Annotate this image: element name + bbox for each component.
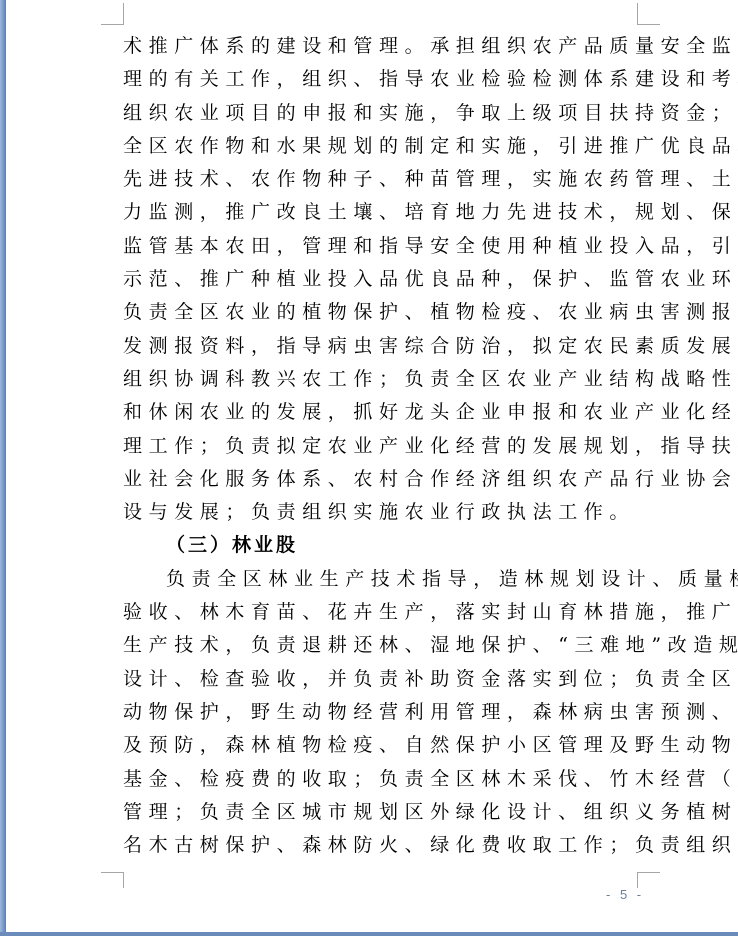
text-line: 理的有关工作，组织、指导农业检验检测体系建设和考核； (123, 63, 639, 96)
text-line: 示范、推广种植业投入品优良品种，保护、监管农业环境； (123, 263, 639, 296)
text-line: 动物保护，野生动物经营利用管理，森林病虫害预测、预报 (123, 696, 639, 729)
text-line: 先进技术、农作物种子、种苗管理，实施农药管理、土壤肥 (123, 163, 639, 196)
text-line: 生产技术，负责退耕还林、湿地保护、“三难地”改造规划 (123, 629, 639, 662)
text-line: 组织农业项目的申报和实施，争取上级项目扶持资金；负责 (123, 97, 639, 130)
text-line: 力监测，推广改良土壤、培育地力先进技术，规划、保护和 (123, 196, 639, 229)
text-line: 术推广体系的建设和管理。承担组织农产品质量安全监督管 (123, 30, 639, 63)
text-line: 负责全区林业生产技术指导，造林规划设计、质量检查 (123, 563, 639, 596)
crop-mark-bottom-left (101, 872, 124, 888)
text-line: 发测报资料，指导病虫害综合防治，拟定农民素质发展计划， (123, 330, 639, 363)
crop-mark-bottom-right (637, 872, 660, 888)
text-line: 管理；负责全区城市规划区外绿化设计、组织义务植树活动、 (123, 796, 639, 829)
text-line: 业社会化服务体系、农村合作经济组织农产品行业协会的建 (123, 463, 639, 496)
text-line: 及预防，森林植物检疫、自然保护小区管理及野生动物保护 (123, 729, 639, 762)
document-body[interactable]: 术推广体系的建设和管理。承担组织农产品质量安全监督管 理的有关工作，组织、指导农… (123, 30, 639, 862)
text-line: 和休闲农业的发展，抓好龙头企业申报和农业产业化经营管 (123, 396, 639, 429)
text-line: 基金、检疫费的收取；负责全区林木采伐、竹木经营（加工） (123, 763, 639, 796)
text-line: 理工作；负责拟定农业产业化经营的发展规划，指导扶持农 (123, 430, 639, 463)
text-line: 名木古树保护、森林防火、绿化费收取工作；负责组织实施 (123, 829, 639, 862)
window-bottom-edge (0, 932, 738, 936)
text-line: 监管基本农田，管理和指导安全使用种植业投入品，引进、 (123, 230, 639, 263)
section-heading: （三）林业股 (123, 529, 639, 562)
text-line: 负责全区农业的植物保护、植物检疫、农业病虫害测报及编 (123, 296, 639, 329)
text-line: 全区农作物和水果规划的制定和实施，引进推广优良品种、 (123, 130, 639, 163)
document-page[interactable]: 术推广体系的建设和管理。承担组织农产品质量安全监督管 理的有关工作，组织、指导农… (6, 0, 738, 932)
text-line: 设与发展；负责组织实施农业行政执法工作。 (123, 496, 639, 529)
crop-mark-top-right (637, 3, 660, 25)
text-line: 组织协调科教兴农工作；负责全区农业产业结构战略性调整 (123, 363, 639, 396)
text-line: 验收、林木育苗、花卉生产，落实封山育林措施，推广先进 (123, 596, 639, 629)
crop-mark-top-left (101, 3, 124, 25)
text-line: 设计、检查验收，并负责补助资金落实到位；负责全区野生 (123, 663, 639, 696)
page-number: - 5 - (606, 887, 644, 902)
